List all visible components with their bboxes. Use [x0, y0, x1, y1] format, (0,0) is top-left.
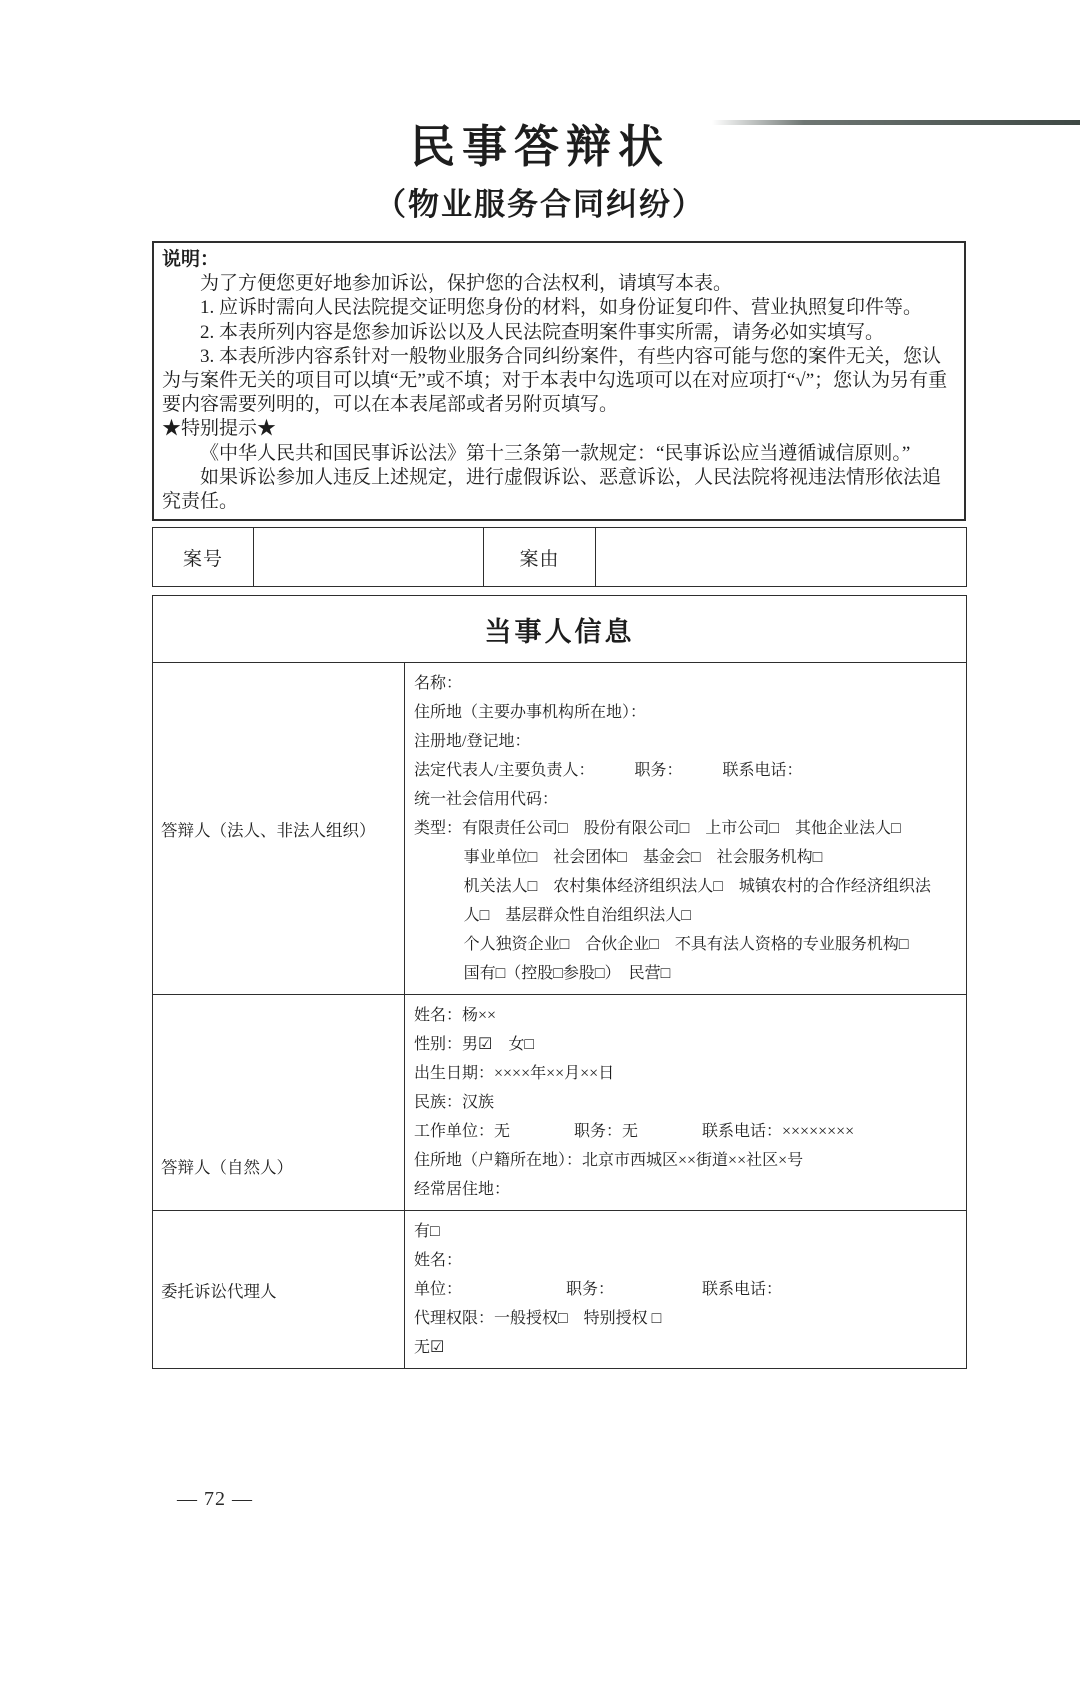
form-line-agent-unit: 单位： 职务： 联系电话： — [414, 1275, 958, 1304]
form-line-ethnicity: 民族：汉族 — [414, 1088, 958, 1117]
respondent-legal-row: 答辩人（法人、非法人组织） 名称： 住所地（主要办事机构所在地）： 注册地/登记… — [153, 663, 967, 995]
form-line-birthdate: 出生日期：××××年××月××日 — [414, 1059, 958, 1088]
instruction-intro: 为了方便您更好地参加诉讼，保护您的合法权利，请填写本表。 — [162, 272, 956, 296]
respondent-natural-row: 答辩人（自然人） 姓名：杨×× 性别：男☑ 女□ 出生日期：××××年××月××… — [153, 995, 967, 1211]
form-line-type-5: 个人独资企业□ 合伙企业□ 不具有法人资格的专业服务机构□ — [414, 930, 958, 959]
agent-cell: 有□ 姓名： 单位： 职务： 联系电话： 代理权限：一般授权□ 特别授权 □ 无… — [405, 1211, 967, 1369]
form-line-habitual-residence: 经常居住地： — [414, 1175, 958, 1204]
form-line-gender: 性别：男☑ 女□ — [414, 1030, 958, 1059]
form-line-type-1: 类型：有限责任公司□ 股份有限公司□ 上市公司□ 其他企业法人□ — [414, 814, 958, 843]
form-line-name: 名称： — [414, 669, 958, 698]
party-info-table: 当事人信息 答辩人（法人、非法人组织） 名称： 住所地（主要办事机构所在地）： … — [152, 595, 967, 1369]
instruction-item-1: 1. 应诉时需向人民法院提交证明您身份的材料，如身份证复印件、营业执照复印件等。 — [162, 296, 956, 320]
instruction-item-2: 2. 本表所列内容是您参加诉讼以及人民法院查明案件事实所需，请务必如实填写。 — [162, 321, 956, 345]
special-notice-warning: 如果诉讼参加人违反上述规定，进行虚假诉讼、恶意诉讼，人民法院将视违法情形依法追究… — [162, 466, 956, 514]
form-line-registered-address: 注册地/登记地： — [414, 727, 958, 756]
respondent-natural-cell: 姓名：杨×× 性别：男☑ 女□ 出生日期：××××年××月××日 民族：汉族 工… — [405, 995, 967, 1211]
form-line-agent-has: 有□ — [414, 1217, 958, 1246]
respondent-legal-label: 答辩人（法人、非法人组织） — [153, 663, 405, 995]
cause-label: 案由 — [484, 528, 596, 587]
form-line-type-3: 机关法人□ 农村集体经济组织法人□ 城镇农村的合作经济组织法 — [414, 872, 958, 901]
respondent-natural-label: 答辩人（自然人） — [153, 995, 405, 1211]
respondent-legal-cell: 名称： 住所地（主要办事机构所在地）： 注册地/登记地： 法定代表人/主要负责人… — [405, 663, 967, 995]
document-page: { "page": { "title": "民事答辩状", "subtitle"… — [0, 120, 1080, 1685]
case-info-row: 案号 案由 — [153, 528, 967, 587]
form-line-type-2: 事业单位□ 社会团体□ 基金会□ 社会服务机构□ — [414, 843, 958, 872]
form-line-household-address: 住所地（户籍所在地）：北京市西城区××街道××社区×号 — [414, 1146, 958, 1175]
form-line-domicile: 住所地（主要办事机构所在地）： — [414, 698, 958, 727]
party-header-row: 当事人信息 — [153, 596, 967, 663]
form-sheet: 说明： 为了方便您更好地参加诉讼，保护您的合法权利，请填写本表。 1. 应诉时需… — [152, 241, 966, 1369]
document-subtitle: （物业服务合同纠纷） — [0, 186, 1080, 223]
agent-label: 委托诉讼代理人 — [153, 1211, 405, 1369]
scan-artifact-bar — [712, 120, 1080, 125]
party-info-header: 当事人信息 — [153, 596, 967, 663]
instruction-item-3: 3. 本表所涉内容系针对一般物业服务合同纠纷案件，有些内容可能与您的案件无关，您… — [162, 345, 956, 418]
case-info-table: 案号 案由 — [152, 527, 967, 587]
instructions-heading: 说明： — [162, 248, 956, 272]
page-number: — 72 — — [177, 1488, 1080, 1511]
special-notice-heading: ★特别提示★ — [162, 417, 956, 441]
form-line-type-4: 人□ 基层群众性自治组织法人□ — [414, 901, 958, 930]
form-line-agent-authority: 代理权限：一般授权□ 特别授权 □ — [414, 1304, 958, 1333]
form-line-employer: 工作单位：无 职务：无 联系电话：×××××××× — [414, 1117, 958, 1146]
form-line-agent-name: 姓名： — [414, 1246, 958, 1275]
form-line-agent-none: 无☑ — [414, 1333, 958, 1362]
case-number-label: 案号 — [153, 528, 254, 587]
document-title: 民事答辩状 — [0, 120, 1080, 174]
agent-row: 委托诉讼代理人 有□ 姓名： 单位： 职务： 联系电话： 代理权限：一般授权□ … — [153, 1211, 967, 1369]
form-line-person-name: 姓名：杨×× — [414, 1001, 958, 1030]
special-notice-quote: 《中华人民共和国民事诉讼法》第十三条第一款规定：“民事诉讼应当遵循诚信原则。” — [162, 442, 956, 466]
form-line-credit-code: 统一社会信用代码： — [414, 785, 958, 814]
instructions-box: 说明： 为了方便您更好地参加诉讼，保护您的合法权利，请填写本表。 1. 应诉时需… — [152, 241, 966, 521]
cause-value-cell — [596, 528, 967, 587]
case-number-value-cell — [254, 528, 484, 587]
form-line-type-6: 国有□（控股□参股□） 民营□ — [414, 959, 958, 988]
form-line-legal-representative: 法定代表人/主要负责人： 职务： 联系电话： — [414, 756, 958, 785]
